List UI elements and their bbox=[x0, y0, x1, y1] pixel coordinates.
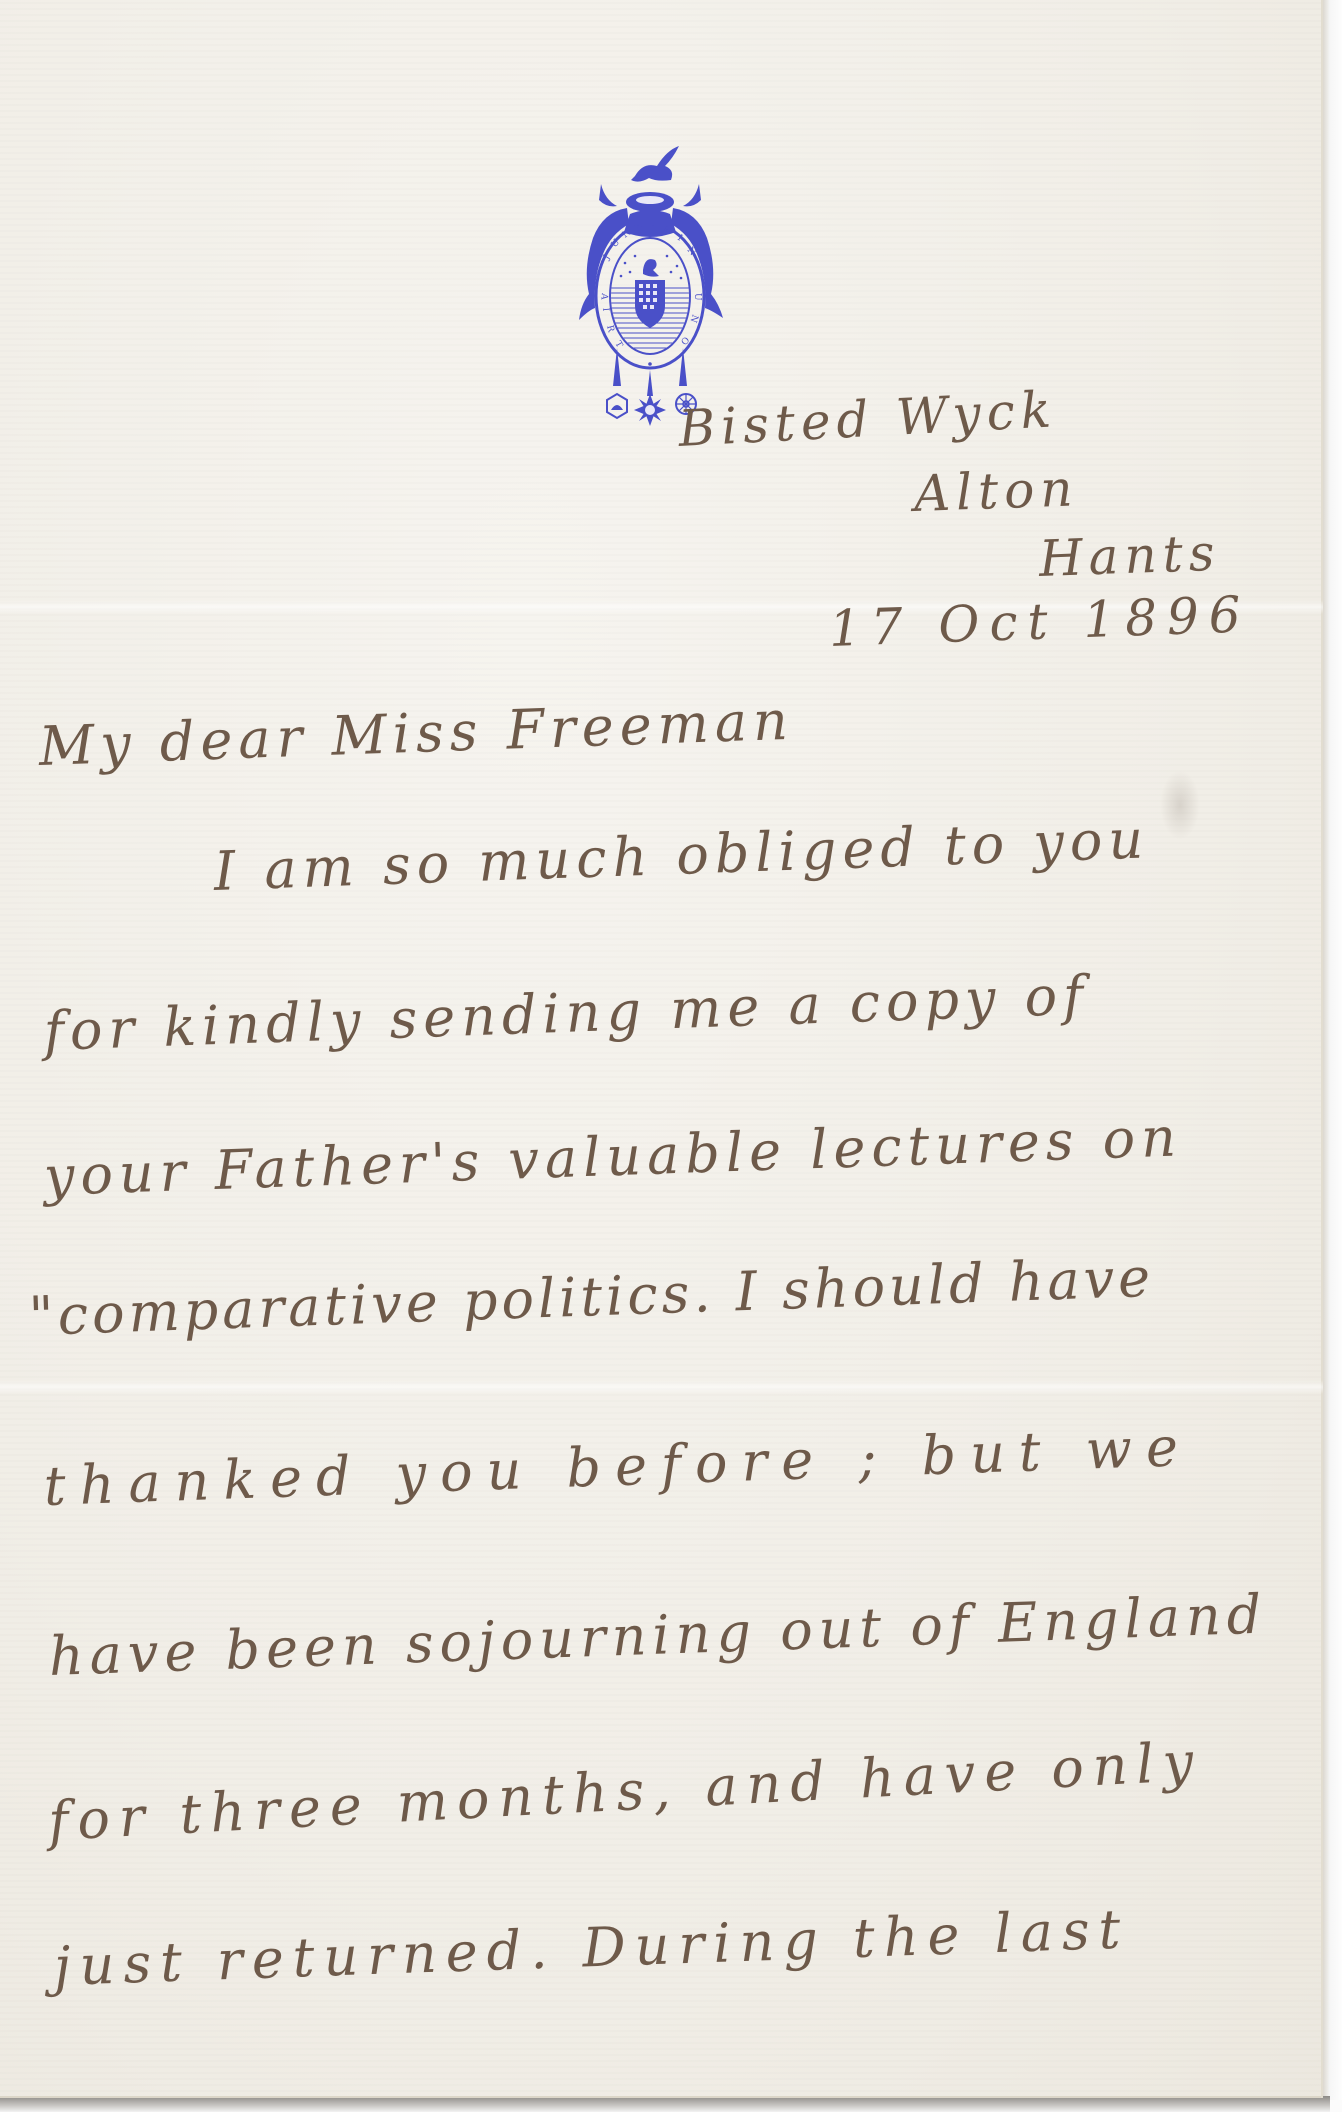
svg-text:R: R bbox=[604, 324, 615, 333]
body-line: "comparative politics. I should have bbox=[28, 1246, 1155, 1348]
ink-smudge bbox=[1160, 770, 1200, 840]
body-line: just returned. During the last bbox=[53, 1897, 1130, 1998]
address-line-town: Alton bbox=[913, 459, 1079, 523]
letter-page: T R I A J U N C T A I N U N O bbox=[0, 0, 1323, 2098]
address-line-county: Hants bbox=[1038, 524, 1221, 588]
body-line: have been sojourning out of England bbox=[48, 1582, 1269, 1688]
svg-text:U: U bbox=[692, 293, 702, 301]
svg-text:I: I bbox=[600, 307, 610, 312]
paper-fold bbox=[0, 1380, 1323, 1394]
svg-text:N: N bbox=[687, 313, 699, 324]
body-line: I am so much obliged to you bbox=[213, 807, 1150, 903]
svg-text:A: A bbox=[598, 292, 609, 301]
letter-date: 17 Oct 1896 bbox=[828, 585, 1252, 658]
svg-text:T: T bbox=[650, 223, 656, 233]
body-line: for kindly sending me a copy of bbox=[43, 964, 1090, 1063]
body-line: your Father's valuable lectures on bbox=[43, 1105, 1183, 1208]
heraldic-crest-icon: T R I A J U N C T A I N U N O bbox=[555, 138, 745, 438]
svg-text:U: U bbox=[610, 237, 623, 250]
page-edge-shadow-bottom bbox=[0, 2096, 1330, 2112]
salutation: My dear Miss Freeman bbox=[38, 689, 795, 778]
body-line: thanked you before ; but we bbox=[43, 1415, 1193, 1518]
body-line: for three months, and have only bbox=[47, 1730, 1204, 1853]
page-edge-shadow-right bbox=[1322, 0, 1342, 2100]
